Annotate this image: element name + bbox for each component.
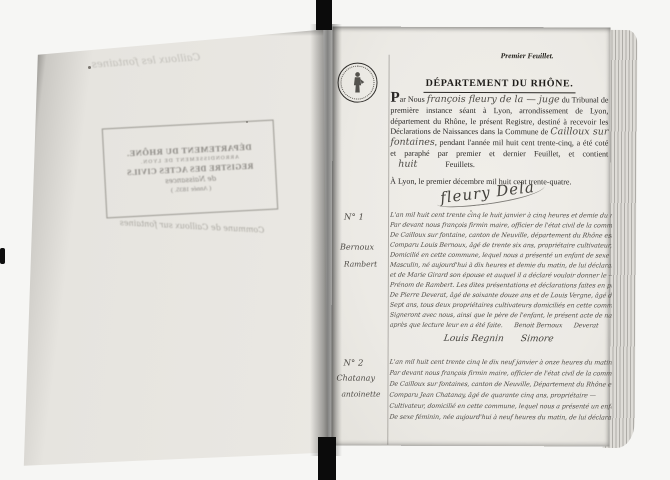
binding-clamp-bottom <box>318 437 336 480</box>
entry1-margin-number: N° 1 <box>344 213 364 223</box>
handwritten-line: De sexe féminin, née aujourd'hui à neuf … <box>389 412 611 424</box>
preamble-closing: Feuillets. <box>445 160 475 169</box>
handwritten-line: Par devant nous françois firmin maire, o… <box>389 368 611 380</box>
page-title-text: DÉPARTEMENT DU RHÔNE. <box>424 78 576 94</box>
entry1-margin-given-name: Rambert <box>344 260 377 269</box>
seal-figure-icon <box>348 70 366 96</box>
scan-speck <box>88 66 91 69</box>
folio-label: Premier Feuillet. <box>501 51 554 60</box>
entry2-act-text: L'an mil huit cent trente cinq le dix ne… <box>389 357 611 424</box>
bleedthrough-faint-script: Cailloux les fontaines <box>61 50 231 73</box>
stamp-border-box: DÉPARTEMENT DU RHÔNE. ARRONDISSEMENT DE … <box>102 120 278 219</box>
scan-speck <box>246 121 248 123</box>
entry1-act-text: L'an mil huit cent trente cinq le huit j… <box>390 211 612 332</box>
binding-clamp-top <box>316 0 332 30</box>
scan-edge-mark <box>0 248 5 264</box>
entry2-margin-given-name: antoinette <box>341 390 380 399</box>
handwritten-line: De Cailloux sur fontaines, canton de Neu… <box>389 379 611 391</box>
judge-name-handwriting: françois fleury de la — juge <box>427 94 560 105</box>
stamp-register-subtitle: de Naissances <box>165 175 216 186</box>
handwritten-line: L'an mil huit cent trente cinq le dix ne… <box>389 357 611 369</box>
title-bleedthrough-stamp: DÉPARTEMENT DU RHÔNE. ARRONDISSEMENT DE … <box>102 120 278 219</box>
sheet-count-handwriting: huit <box>398 159 417 170</box>
preamble-paragraph: Par Nous françois fleury de la — juge du… <box>390 93 608 171</box>
stamp-year-line: ( Année 1835. ) <box>171 185 212 194</box>
preamble-opening: Par Nous <box>390 95 424 104</box>
entry1-margin-surname: Bernoux <box>340 243 374 252</box>
entry2-margin-surname: Chatanay <box>336 374 374 383</box>
handwritten-line: après que lecture leur en a été faite. B… <box>390 321 612 332</box>
stamp-footer-script: Commune de Cailloux sur fontaines <box>112 218 272 235</box>
register-book-scan: Cailloux les fontaines DÉPARTEMENT DU RH… <box>0 0 670 480</box>
right-page: Premier Feuillet. DÉPARTEMENT DU RHÔNE. … <box>331 27 610 447</box>
revenue-stamp-seal-icon <box>337 63 377 103</box>
handwritten-line: Cultivateur, domicilié en cette commune,… <box>389 401 611 413</box>
page-title: DÉPARTEMENT DU RHÔNE. <box>391 73 609 92</box>
scan-speck <box>470 210 472 212</box>
entry2-margin-number: N° 2 <box>344 359 364 369</box>
entry1-signatures: Louis Regnin Simore <box>389 334 608 345</box>
left-page: Cailloux les fontaines DÉPARTEMENT DU RH… <box>16 26 328 468</box>
handwritten-line: Comparu Jean Chatanay, âgé de quarante c… <box>389 390 611 402</box>
